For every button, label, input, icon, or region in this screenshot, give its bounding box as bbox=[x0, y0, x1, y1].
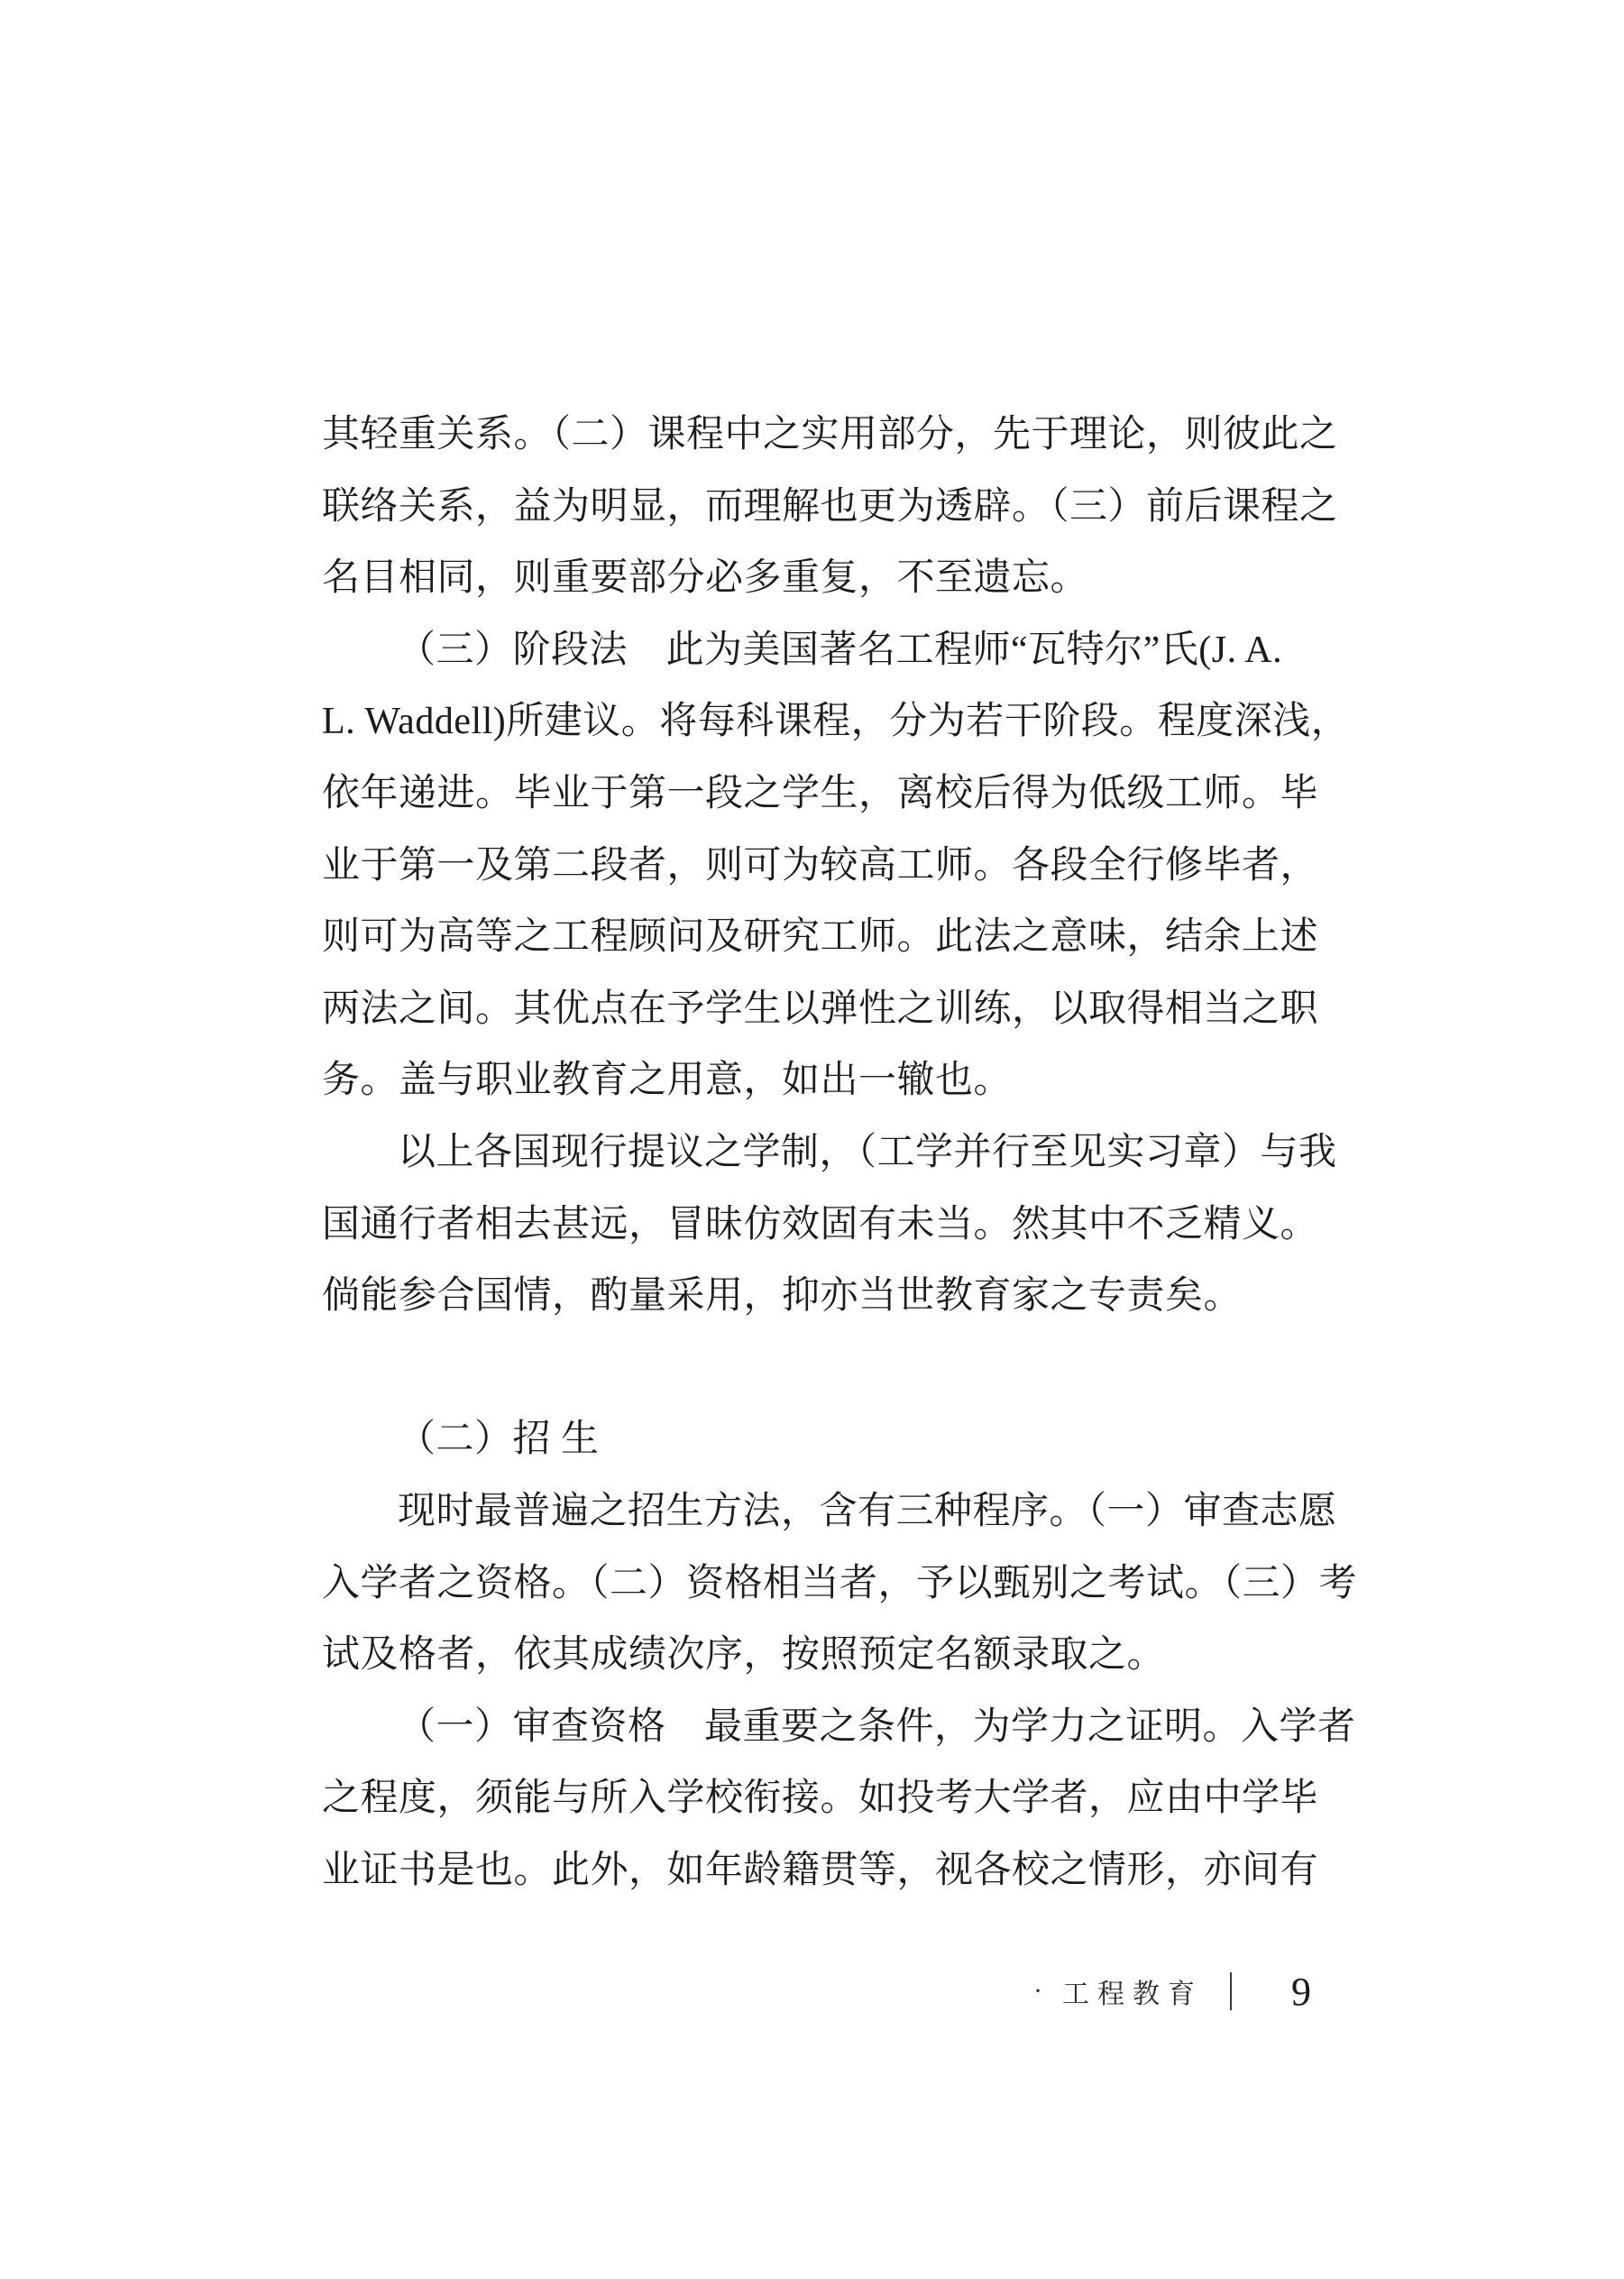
text-line: （一）审查资格 最重要之条件，为学力之证明。入学者 bbox=[322, 1692, 1326, 1764]
text-line: 依年递进。毕业于第一段之学生，离校后得为低级工师。毕 bbox=[322, 758, 1326, 831]
book-page: 其轻重关系。（二）课程中之实用部分，先于理论，则彼此之联络关系，益为明显，而理解… bbox=[0, 0, 1624, 2279]
text-line: 名目相同，则重要部分必多重复，不至遗忘。 bbox=[322, 543, 1326, 615]
blank-line bbox=[322, 1333, 1326, 1405]
page-footer: · 工程教育 9 bbox=[322, 1964, 1326, 2018]
text-line: 入学者之资格。（二）资格相当者，予以甄别之考试。（三）考 bbox=[322, 1548, 1326, 1621]
text-line: 以上各国现行提议之学制，（工学并行至见实习章）与我 bbox=[322, 1117, 1326, 1190]
text-line: 业于第一及第二段者，则可为较高工师。各段全行修毕者， bbox=[322, 831, 1326, 903]
text-line: 两法之间。其优点在予学生以弹性之训练，以取得相当之职 bbox=[322, 974, 1326, 1046]
footer-divider bbox=[1230, 1972, 1232, 2010]
footer-page-number: 9 bbox=[1291, 1969, 1311, 2015]
text-line: 则可为高等之工程顾问及研究工师。此法之意味，结余上述 bbox=[322, 902, 1326, 974]
text-line: 其轻重关系。（二）课程中之实用部分，先于理论，则彼此之 bbox=[322, 400, 1326, 472]
text-line: 试及格者，依其成绩次序，按照预定名额录取之。 bbox=[322, 1620, 1326, 1692]
text-line: 之程度，须能与所入学校衔接。如投考大学者，应由中学毕 bbox=[322, 1763, 1326, 1835]
footer-bullet: · bbox=[1033, 1976, 1042, 2007]
text-line: （三）阶段法 此为美国著名工程师“瓦特尔”氏(J. A. bbox=[322, 615, 1326, 687]
text-line: L. Waddell)所建议。将每科课程，分为若干阶段。程度深浅， bbox=[322, 686, 1326, 758]
footer-chapter-title: 工程教育 bbox=[1062, 1971, 1203, 2011]
text-line: 务。盖与职业教育之用意，如出一辙也。 bbox=[322, 1045, 1326, 1117]
text-line: 倘能参合国情，酌量采用，抑亦当世教育家之专责矣。 bbox=[322, 1261, 1326, 1333]
text-line: 现时最普遍之招生方法，含有三种程序。（一）审查志愿 bbox=[322, 1476, 1326, 1548]
text-line: 业证书是也。此外，如年龄籍贯等，视各校之情形，亦间有 bbox=[322, 1835, 1326, 1907]
text-line: 国通行者相去甚远，冒昧仿效固有未当。然其中不乏精义。 bbox=[322, 1190, 1326, 1262]
page-body-text: 其轻重关系。（二）课程中之实用部分，先于理论，则彼此之联络关系，益为明显，而理解… bbox=[322, 400, 1326, 1907]
section-heading: （二）招 生 bbox=[322, 1404, 1326, 1476]
text-line: 联络关系，益为明显，而理解也更为透辟。（三）前后课程之 bbox=[322, 472, 1326, 544]
